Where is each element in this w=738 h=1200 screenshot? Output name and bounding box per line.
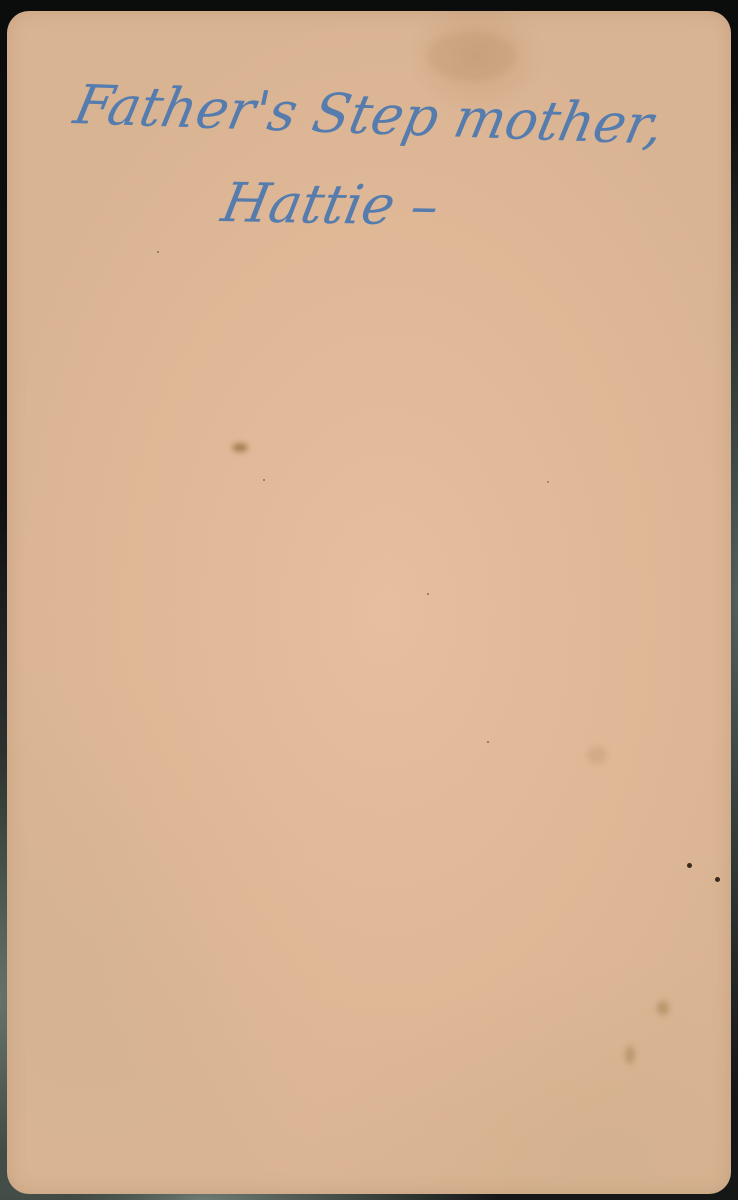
- stain-mark: [657, 1001, 669, 1015]
- speck-mark: [487, 741, 489, 743]
- stain-mark: [232, 443, 248, 452]
- speck-mark: [157, 251, 159, 253]
- stain-mark: [427, 31, 517, 81]
- speck-mark: [715, 877, 720, 882]
- speck-mark: [263, 479, 265, 481]
- inscription-line-1: Father's Step mother,: [69, 73, 670, 157]
- photo-card-back: Father's Step mother, Hattie –: [7, 11, 731, 1194]
- handwritten-inscription: Father's Step mother, Hattie –: [7, 11, 731, 251]
- inscription-line-2: Hattie –: [217, 171, 445, 238]
- speck-mark: [687, 863, 692, 868]
- stain-mark: [625, 1046, 635, 1064]
- speck-mark: [547, 481, 549, 483]
- stain-mark: [587, 746, 607, 764]
- speck-mark: [427, 593, 429, 595]
